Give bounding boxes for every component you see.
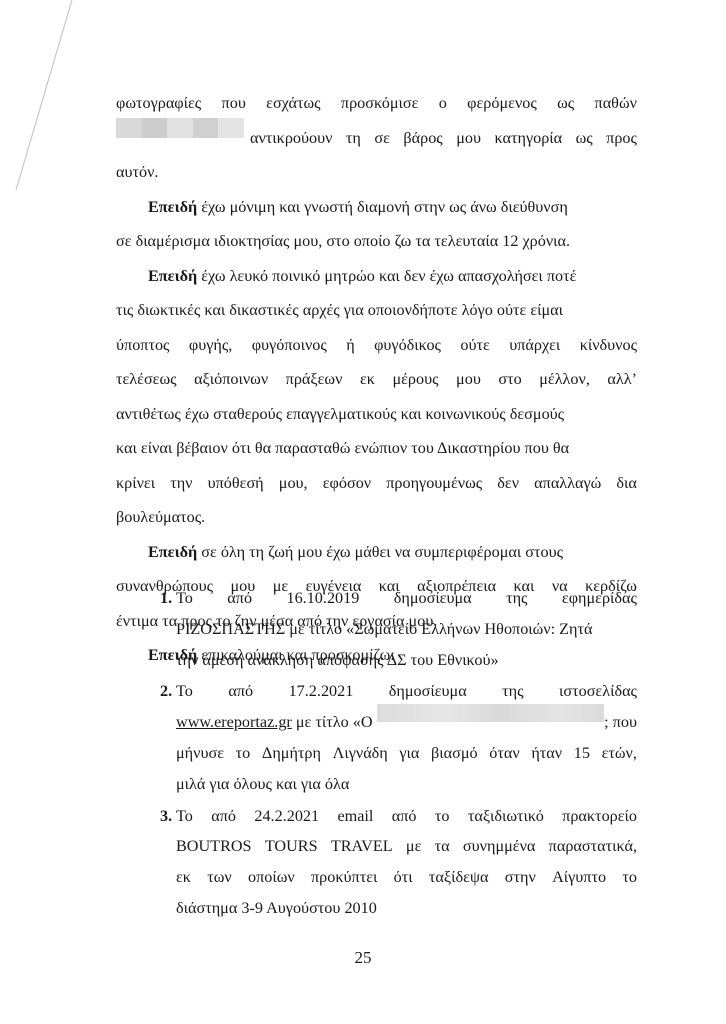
word: ιστοσελίδας <box>559 676 637 707</box>
word: email <box>337 801 373 832</box>
word: φερόμενος <box>467 86 537 121</box>
item-number: 3. <box>160 801 172 832</box>
text-line: τελέσεωςαξιόποινωνπράξεωνεκμέρουςμουστομ… <box>116 362 637 397</box>
word: τελέσεως <box>116 362 177 397</box>
text-line: διάστημα 3-9 Αυγούστου 2010 <box>176 893 637 924</box>
word: τη <box>346 121 361 156</box>
text-line: αυτόν. <box>116 155 637 190</box>
word: μήνυσε <box>176 738 224 769</box>
word: 15 <box>574 738 590 769</box>
paragraph-criminal-record: Επειδή έχω λευκό ποινικό μητρώο και δεν … <box>116 259 637 535</box>
exhibit-item-2: 2. Τοαπό17.2.2021δημοσίευματηςιστοσελίδα… <box>140 676 637 799</box>
word: φωτογραφίες <box>116 86 201 121</box>
text-line: αντιθέτως έχω σταθερούς επαγγελματικούς … <box>116 397 637 432</box>
word: δημοσίευμα <box>394 583 472 614</box>
word: εσχάτως <box>266 86 320 121</box>
word: της <box>502 676 523 707</box>
word: που <box>222 86 246 121</box>
word: προκύπτει <box>311 862 377 893</box>
word: 24.2.2021 <box>254 801 319 832</box>
word: φυγόποινος <box>252 328 327 363</box>
redaction-block <box>377 704 605 722</box>
word: βιασμό <box>431 738 478 769</box>
text-line: σε διαμέρισμα ιδιοκτησίας μου, στο οποίο… <box>116 224 637 259</box>
word: προηγουμένως <box>386 466 482 501</box>
text-line: αντικρούουντησεβάροςμουκατηγορίαωςπρος <box>116 121 637 156</box>
word: βάρος <box>403 121 442 156</box>
word: ως <box>557 86 574 121</box>
word: κρίνει <box>116 466 155 501</box>
word: κατηγορία <box>494 121 562 156</box>
word: με <box>406 831 421 862</box>
word: ο <box>439 86 447 121</box>
source-link[interactable]: www.ereportaz.gr <box>176 707 292 738</box>
word: ταξίδεψα <box>429 862 489 893</box>
word: μου, <box>279 466 308 501</box>
text-line: Επειδή έχω λευκό ποινικό μητρώο και δεν … <box>116 259 637 294</box>
text-line: την άμεση ανάκληση απόφασης ΔΣ του Εθνικ… <box>176 645 637 676</box>
word: για <box>399 738 419 769</box>
word: ύποπτος <box>116 328 169 363</box>
lead-word: Επειδή <box>148 198 197 216</box>
item-number: 2. <box>160 676 172 707</box>
word: από <box>227 583 252 614</box>
word: Λιγνάδη <box>333 738 388 769</box>
word: υπάρχει <box>509 328 560 363</box>
lead-word: Επειδή <box>148 543 197 561</box>
word: σε <box>374 121 390 156</box>
word: την <box>170 466 192 501</box>
word: αλλ’ <box>607 362 637 397</box>
word: ότι <box>394 862 413 893</box>
word: TOURS <box>265 831 318 862</box>
word: συνημμένα <box>463 831 535 862</box>
word: εφημερίδας <box>562 583 637 614</box>
word: από <box>392 801 417 832</box>
word: ταξιδιωτικό <box>468 801 544 832</box>
word: τα <box>435 831 450 862</box>
exhibit-list: 1. Τοαπό16.10.2019δημοσίευματηςεφημερίδα… <box>140 583 637 924</box>
exhibit-item-1: 1. Τοαπό16.10.2019δημοσίευματηςεφημερίδα… <box>140 583 637 675</box>
text-line: ύποπτοςφυγής,φυγόποινοςήφυγόδικοςούτευπά… <box>116 328 637 363</box>
word: μέλλον, <box>539 362 590 397</box>
text-line: μήνυσετοΔημήτρηΛιγνάδηγιαβιασμόότανήταν1… <box>176 738 637 769</box>
word: το <box>435 801 450 832</box>
word: 17.2.2021 <box>289 676 354 707</box>
word: κίνδυνος <box>580 328 637 363</box>
text-line: www.ereportaz.gr με τίτλο «Ο ; που <box>176 707 637 738</box>
paragraph-residence: Επειδή έχω μόνιμη και γνωστή διαμονή στη… <box>116 190 637 259</box>
text-line: BOUTROSTOURSTRAVELμετασυνημμέναπαραστατι… <box>176 831 637 862</box>
word: της <box>506 583 527 614</box>
word: προσκόμισε <box>341 86 419 121</box>
page-number: 25 <box>0 948 726 968</box>
word: BOUTROS <box>176 831 252 862</box>
word: οποίων <box>248 862 295 893</box>
text-line: τις διωκτικές και δικαστικές αρχές για ο… <box>116 293 637 328</box>
text-line: κρίνειτηνυπόθεσήμου,εφόσονπροηγουμένωςδε… <box>116 466 637 501</box>
lead-word: Επειδή <box>148 267 197 285</box>
word: Το <box>176 801 193 832</box>
word: πρακτορείο <box>562 801 637 832</box>
word: στο <box>498 362 521 397</box>
word: ή <box>346 328 354 363</box>
word: το <box>236 738 251 769</box>
word: 16.10.2019 <box>286 583 359 614</box>
text-line: φωτογραφίεςπουεσχάτωςπροσκόμισεοφερόμενο… <box>116 86 637 121</box>
scan-edge-line <box>0 0 80 190</box>
word: από <box>211 801 236 832</box>
word: προς <box>606 121 637 156</box>
word: από <box>228 676 253 707</box>
word: εκ <box>360 362 375 397</box>
word: δια <box>616 466 636 501</box>
word: το <box>622 862 637 893</box>
word: στην <box>505 862 536 893</box>
word: ήταν <box>531 738 562 769</box>
word: μου <box>456 362 481 397</box>
word: Δημήτρη <box>262 738 321 769</box>
word: δεν <box>497 466 519 501</box>
word: παραστατικά, <box>549 831 637 862</box>
word: TRAVEL <box>331 831 393 862</box>
word: εκ <box>176 862 191 893</box>
word: υπόθεσή <box>208 466 264 501</box>
text-line: Τοαπό17.2.2021δημοσίευματηςιστοσελίδας <box>176 676 637 707</box>
word: Το <box>176 676 193 707</box>
text-line: Επειδή σε όλη τη ζωή μου έχω μάθει να συ… <box>116 535 637 570</box>
text-line: ΡΙΖΟΣΠΑΣΤΗΣ με τίτλο «Σωματείο Ελλήνων Η… <box>176 614 637 645</box>
exhibit-item-3: 3. Τοαπό24.2.2021emailαπότοταξιδιωτικόπρ… <box>140 801 637 924</box>
text-line: Τοαπό16.10.2019δημοσίευματηςεφημερίδας <box>176 583 637 614</box>
word: εφόσον <box>323 466 371 501</box>
text-line: εκτωνοποίωνπροκύπτειότιταξίδεψαστηνΑίγυπ… <box>176 862 637 893</box>
word: φυγόδικος <box>374 328 441 363</box>
word: αξιόποινων <box>194 362 268 397</box>
text-line: Τοαπό24.2.2021emailαπότοταξιδιωτικόπρακτ… <box>176 801 637 832</box>
text-line: και είναι βέβαιον ότι θα παρασταθώ ενώπι… <box>116 431 637 466</box>
word: Αίγυπτο <box>552 862 606 893</box>
word: ούτε <box>460 328 489 363</box>
word: Το <box>176 583 193 614</box>
word: αντικρούουν <box>250 121 332 156</box>
word: δημοσίευμα <box>389 676 467 707</box>
word: μου <box>456 121 481 156</box>
text-line: Επειδή έχω μόνιμη και γνωστή διαμονή στη… <box>116 190 637 225</box>
redaction-block <box>116 118 244 138</box>
word: όταν <box>489 738 519 769</box>
word: παθών <box>595 86 637 121</box>
word: ως <box>576 121 593 156</box>
word: μέρους <box>392 362 438 397</box>
word: των <box>207 862 231 893</box>
word: ετών, <box>602 738 637 769</box>
text-line: βουλεύματος. <box>116 500 637 535</box>
word: απαλλαγώ <box>534 466 601 501</box>
text-line: μιλά για όλους και για όλα <box>176 769 637 800</box>
word: πράξεων <box>286 362 343 397</box>
item-number: 1. <box>160 583 172 614</box>
word: φυγής, <box>189 328 232 363</box>
